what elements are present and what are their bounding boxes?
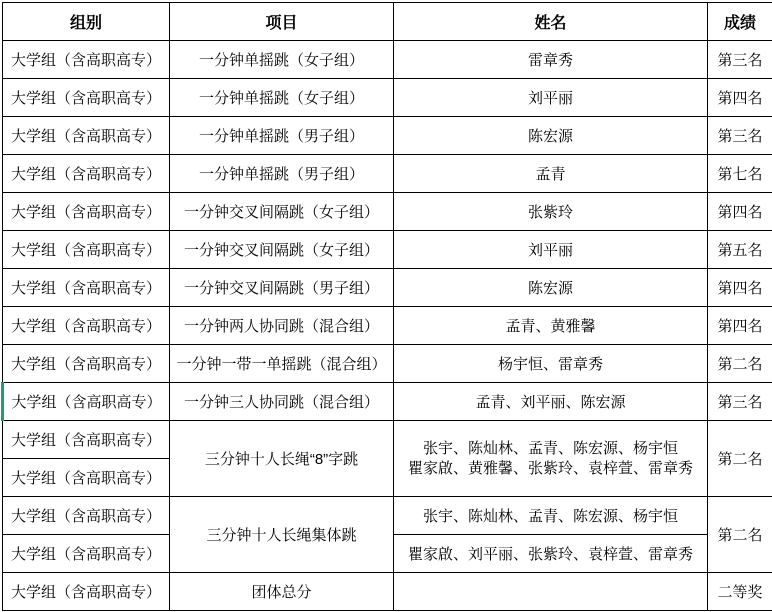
cell-rank[interactable]: 第四名 <box>708 79 772 117</box>
cell-names[interactable]: 刘平丽 <box>394 231 708 269</box>
cell-names[interactable]: 陈宏源 <box>394 269 708 307</box>
cell-group[interactable]: 大学组（含高职高专） <box>3 459 170 497</box>
cell-event[interactable]: 一分钟单摇跳（男子组） <box>170 155 394 193</box>
cell-names-merged[interactable]: 张宇、陈灿林、孟青、陈宏源、杨宇恒 瞿家啟、黄雅馨、张紫玲、袁梓萱、雷章秀 <box>394 421 708 497</box>
cell-event[interactable]: 一分钟交叉间隔跳（男子组） <box>170 269 394 307</box>
table-row: 大学组（含高职高专） 一分钟两人协同跳（混合组） 孟青、黄雅馨 第四名 <box>3 307 772 345</box>
cell-rank[interactable]: 第七名 <box>708 155 772 193</box>
cell-rank[interactable]: 第二名 <box>708 345 772 383</box>
cell-group[interactable]: 大学组（含高职高专） <box>3 497 170 535</box>
header-event[interactable]: 项目 <box>170 3 394 41</box>
cell-rank[interactable]: 第三名 <box>708 117 772 155</box>
cell-event[interactable]: 一分钟交叉间隔跳（女子组） <box>170 193 394 231</box>
cell-event[interactable]: 一分钟交叉间隔跳（女子组） <box>170 231 394 269</box>
cell-group[interactable]: 大学组（含高职高专） <box>3 79 170 117</box>
results-table: 组别 项目 姓名 成绩 大学组（含高职高专） 一分钟单摇跳（女子组） 雷章秀 第… <box>1 2 772 611</box>
cell-names[interactable]: 瞿家啟、刘平丽、张紫玲、袁梓萱、雷章秀 <box>394 535 708 573</box>
cell-event[interactable]: 一分钟单摇跳（男子组） <box>170 117 394 155</box>
table-row: 大学组（含高职高专） 一分钟单摇跳（女子组） 刘平丽 第四名 <box>3 79 772 117</box>
cell-event[interactable]: 一分钟三人协同跳（混合组） <box>170 383 394 421</box>
header-rank[interactable]: 成绩 <box>708 3 772 41</box>
table-row: 大学组（含高职高专） 一分钟单摇跳（女子组） 雷章秀 第三名 <box>3 41 772 79</box>
cell-rank[interactable]: 第四名 <box>708 307 772 345</box>
cell-rank-merged[interactable]: 第二名 <box>708 497 772 573</box>
table-row: 大学组（含高职高专） 三分钟十人长绳集体跳 张宇、陈灿林、孟青、陈宏源、杨宇恒 … <box>3 497 772 535</box>
cell-group[interactable]: 大学组（含高职高专） <box>3 345 170 383</box>
cell-names[interactable]: 孟青、黄雅馨 <box>394 307 708 345</box>
cell-names[interactable]: 雷章秀 <box>394 41 708 79</box>
cell-event[interactable]: 团体总分 <box>170 573 394 611</box>
cell-names-empty[interactable] <box>394 573 708 611</box>
table-row: 大学组（含高职高专） 一分钟交叉间隔跳（男子组） 陈宏源 第四名 <box>3 269 772 307</box>
table-row: 大学组（含高职高专） 一分钟交叉间隔跳（女子组） 刘平丽 第五名 <box>3 231 772 269</box>
cell-rank[interactable]: 第四名 <box>708 193 772 231</box>
cell-event[interactable]: 一分钟单摇跳（女子组） <box>170 79 394 117</box>
names-line-1: 张宇、陈灿林、孟青、陈宏源、杨宇恒 <box>397 439 704 459</box>
table-row: 大学组（含高职高专） 一分钟单摇跳（男子组） 孟青 第七名 <box>3 155 772 193</box>
cell-group[interactable]: 大学组（含高职高专） <box>3 193 170 231</box>
cell-group[interactable]: 大学组（含高职高专） <box>3 535 170 573</box>
cell-rank[interactable]: 二等奖 <box>708 573 772 611</box>
table-row: 大学组（含高职高专） 一分钟单摇跳（男子组） 陈宏源 第三名 <box>3 117 772 155</box>
cell-group[interactable]: 大学组（含高职高专） <box>3 231 170 269</box>
header-group[interactable]: 组别 <box>3 3 170 41</box>
cell-names[interactable]: 张宇、陈灿林、孟青、陈宏源、杨宇恒 <box>394 497 708 535</box>
cell-names[interactable]: 陈宏源 <box>394 117 708 155</box>
table-row: 大学组（含高职高专） 三分钟十人长绳“8”字跳 张宇、陈灿林、孟青、陈宏源、杨宇… <box>3 421 772 459</box>
cell-group[interactable]: 大学组（含高职高专） <box>3 307 170 345</box>
cell-event[interactable]: 一分钟一带一单摇跳（混合组） <box>170 345 394 383</box>
cell-group[interactable]: 大学组（含高职高专） <box>3 41 170 79</box>
cell-group[interactable]: 大学组（含高职高专） <box>3 573 170 611</box>
table-row-total: 大学组（含高职高专） 团体总分 二等奖 <box>3 573 772 611</box>
names-line-2: 瞿家啟、黄雅馨、张紫玲、袁梓萱、雷章秀 <box>397 459 704 479</box>
cell-event-merged[interactable]: 三分钟十人长绳集体跳 <box>170 497 394 573</box>
cell-rank[interactable]: 第五名 <box>708 231 772 269</box>
cell-names[interactable]: 张紫玲 <box>394 193 708 231</box>
cell-rank[interactable]: 第三名 <box>708 41 772 79</box>
cell-rank[interactable]: 第四名 <box>708 269 772 307</box>
cell-group-selected[interactable]: 大学组（含高职高专） <box>3 383 170 421</box>
cell-group[interactable]: 大学组（含高职高专） <box>3 421 170 459</box>
cell-names[interactable]: 刘平丽 <box>394 79 708 117</box>
header-names[interactable]: 姓名 <box>394 3 708 41</box>
table-row: 大学组（含高职高专） 一分钟一带一单摇跳（混合组） 杨宇恒、雷章秀 第二名 <box>3 345 772 383</box>
header-row: 组别 项目 姓名 成绩 <box>3 3 772 41</box>
cell-event[interactable]: 一分钟单摇跳（女子组） <box>170 41 394 79</box>
cell-names[interactable]: 孟青 <box>394 155 708 193</box>
cell-rank-merged[interactable]: 第二名 <box>708 421 772 497</box>
table-row: 大学组（含高职高专） 一分钟交叉间隔跳（女子组） 张紫玲 第四名 <box>3 193 772 231</box>
cell-event-merged[interactable]: 三分钟十人长绳“8”字跳 <box>170 421 394 497</box>
cell-names[interactable]: 杨宇恒、雷章秀 <box>394 345 708 383</box>
cell-group[interactable]: 大学组（含高职高专） <box>3 117 170 155</box>
cell-group[interactable]: 大学组（含高职高专） <box>3 269 170 307</box>
cell-event[interactable]: 一分钟两人协同跳（混合组） <box>170 307 394 345</box>
cell-rank[interactable]: 第三名 <box>708 383 772 421</box>
table-row-selected: 大学组（含高职高专） 一分钟三人协同跳（混合组） 孟青、刘平丽、陈宏源 第三名 <box>3 383 772 421</box>
cell-group[interactable]: 大学组（含高职高专） <box>3 155 170 193</box>
cell-names[interactable]: 孟青、刘平丽、陈宏源 <box>394 383 708 421</box>
